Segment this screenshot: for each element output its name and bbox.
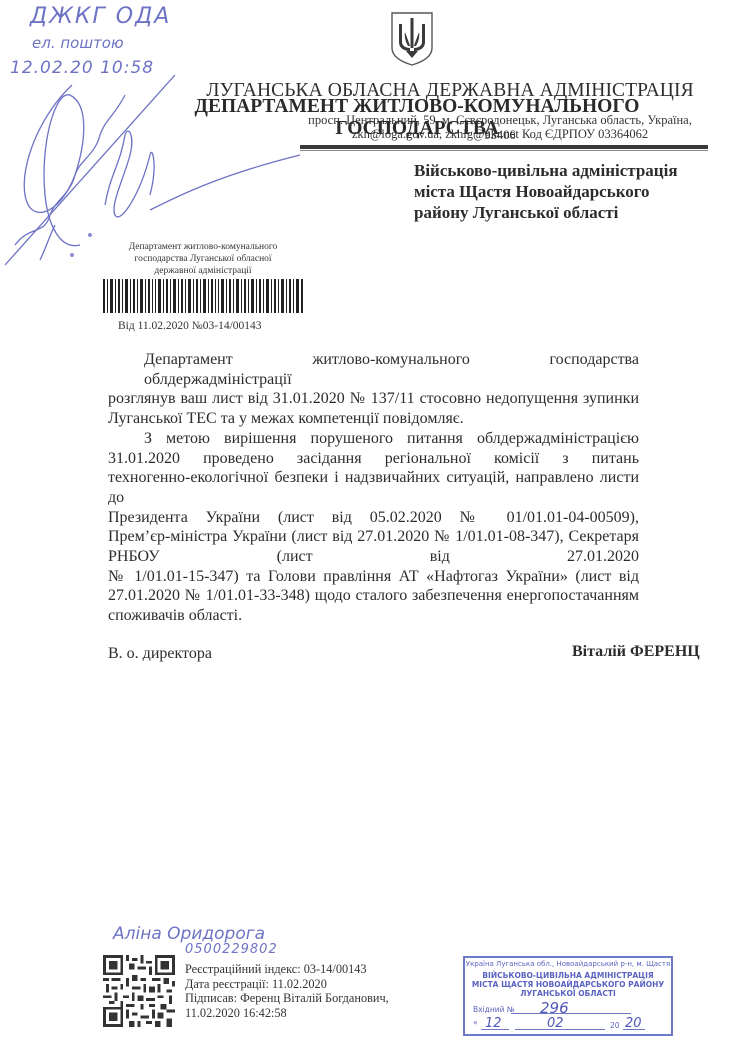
barcode-icon: [103, 279, 303, 313]
addressee-line1: Військово-цивільна адміністрація: [414, 160, 714, 181]
stamp-day: 12: [485, 1016, 502, 1031]
stamp-incoming-label: Вхідний №: [473, 1005, 515, 1014]
stamp-year: 20: [625, 1016, 642, 1031]
handwritten-dept-note: ДЖКГ ОДА: [30, 4, 171, 29]
stamp-organization: ВІЙСЬКОВО-ЦИВІЛЬНА АДМІНІСТРАЦІЯ МІСТА Щ…: [465, 971, 671, 998]
body-line: Департамент житлово-комунального господа…: [108, 350, 639, 389]
body-line: 31.01.2020 проведено засідання регіональ…: [108, 449, 639, 469]
header-divider-thin: [300, 150, 708, 151]
incoming-registration-stamp: Україна Луганська обл., Новоайдарський р…: [463, 956, 673, 1036]
body-line: 27.01.2020 № 1/01.01-33-348) щодо сталог…: [108, 586, 639, 606]
handwritten-executor-name: Аліна Оридорога: [113, 924, 265, 944]
addressee-line3: району Луганської області: [414, 202, 714, 223]
barcode-caption: Департамент житлово-комунального господа…: [108, 241, 298, 277]
signatory-name: Віталій ФЕРЕНЦ: [572, 643, 700, 661]
stamp-location: Україна Луганська обл., Новоайдарський р…: [465, 960, 671, 968]
body-line: споживачів області.: [108, 606, 639, 626]
body-line: Луганської ТЕС та у межах компетенції по…: [108, 409, 639, 429]
stamp-org-line3: ЛУГАНСЬКОЇ ОБЛАСТІ: [465, 989, 671, 998]
addressee-line2: міста Щастя Новоайдарського: [414, 181, 714, 202]
paragraph-2: З метою вирішення порушеного питання обл…: [108, 429, 639, 626]
registration-date: Дата реєстрації: 11.02.2020: [185, 977, 389, 992]
stamp-year-prefix: 20: [610, 1021, 620, 1030]
body-line: техногенно-екологічної безпеки і надзвич…: [108, 468, 639, 507]
letter-body: Департамент житлово-комунального господа…: [108, 350, 639, 626]
body-line: № 1/01.01-15-347) та Голови правління АТ…: [108, 567, 639, 587]
registration-signed-at: 11.02.2020 16:42:58: [185, 1006, 389, 1021]
registration-index: Реєстраційний індекс: 03-14/00143: [185, 962, 389, 977]
body-line: РНБОУ (лист від 27.01.2020: [108, 547, 639, 567]
outgoing-reference: Від 11.02.2020 №03-14/00143: [118, 320, 262, 332]
body-line: З метою вирішення порушеного питання обл…: [108, 429, 639, 449]
stamp-org-line1: ВІЙСЬКОВО-ЦИВІЛЬНА АДМІНІСТРАЦІЯ: [465, 971, 671, 980]
handwritten-email-note: ел. поштою: [32, 34, 124, 52]
qr-code-icon: [103, 955, 175, 1027]
stamp-incoming-underline: [511, 1013, 631, 1014]
barcode-caption-line3: державної адміністрації: [108, 265, 298, 277]
signatory-position: В. о. директора: [108, 645, 212, 663]
coat-of-arms-icon: [389, 10, 435, 66]
registration-signed-by: Підписав: Ференц Віталій Богданович,: [185, 991, 389, 1006]
handwritten-executor-phone: 0500229802: [185, 942, 278, 957]
barcode-caption-line1: Департамент житлово-комунального: [108, 241, 298, 253]
addressee-block: Військово-цивільна адміністрація міста Щ…: [414, 160, 714, 223]
stamp-month: 02: [547, 1016, 564, 1031]
org-contacts: zkh@loga.gov.ua, zkhlg@ukr.net Код ЄДРПО…: [300, 127, 700, 142]
stamp-incoming-number: 296: [540, 999, 569, 1017]
body-line: розглянув ваш лист від 31.01.2020 № 137/…: [108, 389, 639, 409]
paragraph-1: Департамент житлово-комунального господа…: [108, 350, 639, 429]
barcode-caption-line2: господарства Луганської обласної: [108, 253, 298, 265]
body-line: Президента України (лист від 05.02.2020 …: [108, 508, 639, 528]
body-line: Прем’єр-міністра України (лист від 27.01…: [108, 527, 639, 547]
header-divider-thick: [300, 145, 708, 149]
stamp-org-line2: МІСТА ЩАСТЯ НОВОАЙДАРСЬКОГО РАЙОНУ: [465, 980, 671, 989]
registration-info: Реєстраційний індекс: 03-14/00143 Дата р…: [185, 962, 389, 1020]
